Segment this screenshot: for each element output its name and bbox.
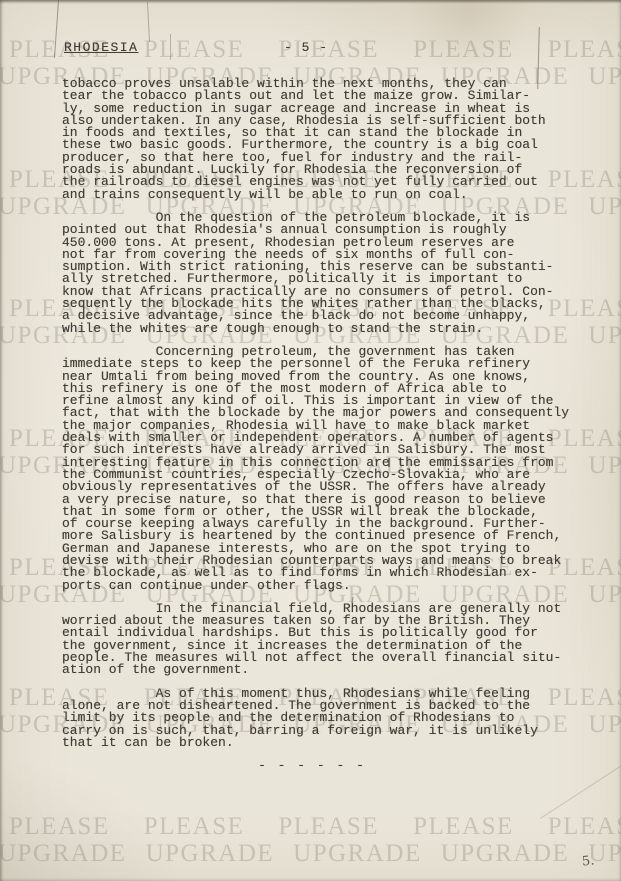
document-title: RHODESIA <box>64 40 138 55</box>
paragraph-4: In the financial field, Rhodesians are g… <box>62 603 562 677</box>
paragraph-2: On the question of the petroleum blockad… <box>62 212 562 335</box>
watermark-word: UPGRADE <box>293 840 422 868</box>
watermark-word: UPGRADE <box>588 322 621 350</box>
watermark-word: PLEASE <box>278 813 379 841</box>
watermark-word: PLEASE <box>9 813 110 841</box>
watermark-word: UPGRADE <box>588 711 621 739</box>
watermark-word: UPGRADE <box>146 840 275 868</box>
watermark-row: UPGRADEUPGRADEUPGRADEUPGRADEUPGRADE <box>0 840 621 868</box>
end-separator: - - - - - - <box>62 760 562 772</box>
document-body: tobacco proves unsalable within the next… <box>62 78 562 772</box>
paragraph-1: tobacco proves unsalable within the next… <box>62 78 562 201</box>
watermark-word: UPGRADE <box>588 63 621 91</box>
watermark-word: PLEASE <box>548 813 621 841</box>
watermark-row: PLEASEPLEASEPLEASEPLEASEPLEASE <box>9 813 621 841</box>
page-number: - 5 - <box>284 40 328 55</box>
page-header: RHODESIA - 5 - <box>0 40 621 58</box>
crease-mark <box>147 2 150 42</box>
watermark-word: UPGRADE <box>588 581 621 609</box>
watermark-word: UPGRADE <box>588 452 621 480</box>
watermark-word: PLEASE <box>413 813 514 841</box>
watermark-word: UPGRADE <box>588 193 621 221</box>
paragraph-3: Concerning petroleum, the government has… <box>62 346 562 592</box>
scanned-document-page: PLEASEPLEASEPLEASEPLEASEPLEASEUPGRADEUPG… <box>0 0 621 881</box>
watermark-word: UPGRADE <box>0 840 127 868</box>
pencil-page-note: 5. <box>581 853 595 869</box>
watermark-word: UPGRADE <box>441 840 570 868</box>
paragraph-5: As of this moment thus, Rhodesians while… <box>62 688 562 749</box>
watermark-word: PLEASE <box>144 813 245 841</box>
